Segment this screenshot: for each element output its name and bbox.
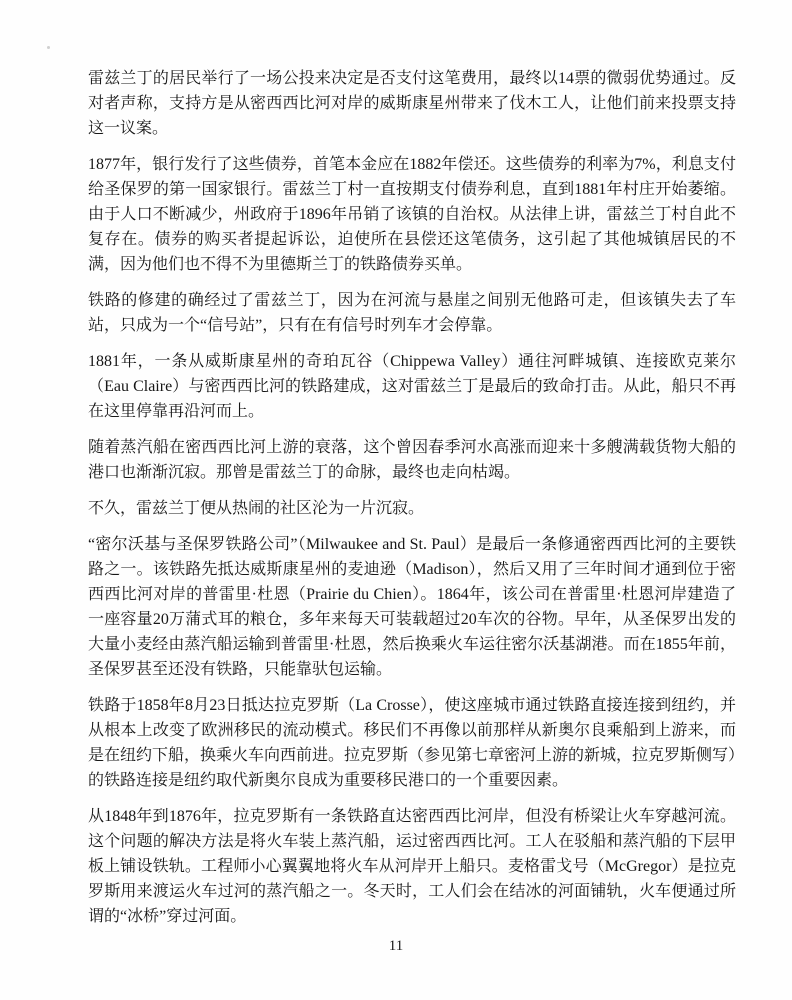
paragraph: 不久，雷兹兰丁便从热闹的社区沦为一片沉寂。	[88, 496, 736, 521]
scan-speck	[47, 46, 50, 49]
page-number: 11	[0, 936, 792, 956]
paragraph: 从1848年到1876年，拉克罗斯有一条铁路直达密西西比河岸，但没有桥梁让火车穿…	[88, 804, 736, 929]
paragraph: “密尔沃基与圣保罗铁路公司”（Milwaukee and St. Paul）是最…	[88, 532, 736, 682]
page-body-text: 雷兹兰丁的居民举行了一场公投来决定是否支付这笔费用，最终以14票的微弱优势通过。…	[88, 66, 736, 940]
paragraph: 铁路的修建的确经过了雷兹兰丁，因为在河流与悬崖之间别无他路可走，但该镇失去了车站…	[88, 288, 736, 338]
paragraph: 铁路于1858年8月23日抵达拉克罗斯（La Crosse），使这座城市通过铁路…	[88, 693, 736, 793]
document-page: 雷兹兰丁的居民举行了一场公投来决定是否支付这笔费用，最终以14票的微弱优势通过。…	[0, 0, 792, 1000]
paragraph: 1877年，银行发行了这些债券，首笔本金应在1882年偿还。这些债券的利率为7%…	[88, 152, 736, 277]
paragraph: 随着蒸汽船在密西西比河上游的衰落，这个曾因春季河水高涨而迎来十多艘满载货物大船的…	[88, 435, 736, 485]
paragraph: 1881年，一条从威斯康星州的奇珀瓦谷（Chippewa Valley）通往河畔…	[88, 349, 736, 424]
paragraph: 雷兹兰丁的居民举行了一场公投来决定是否支付这笔费用，最终以14票的微弱优势通过。…	[88, 66, 736, 141]
